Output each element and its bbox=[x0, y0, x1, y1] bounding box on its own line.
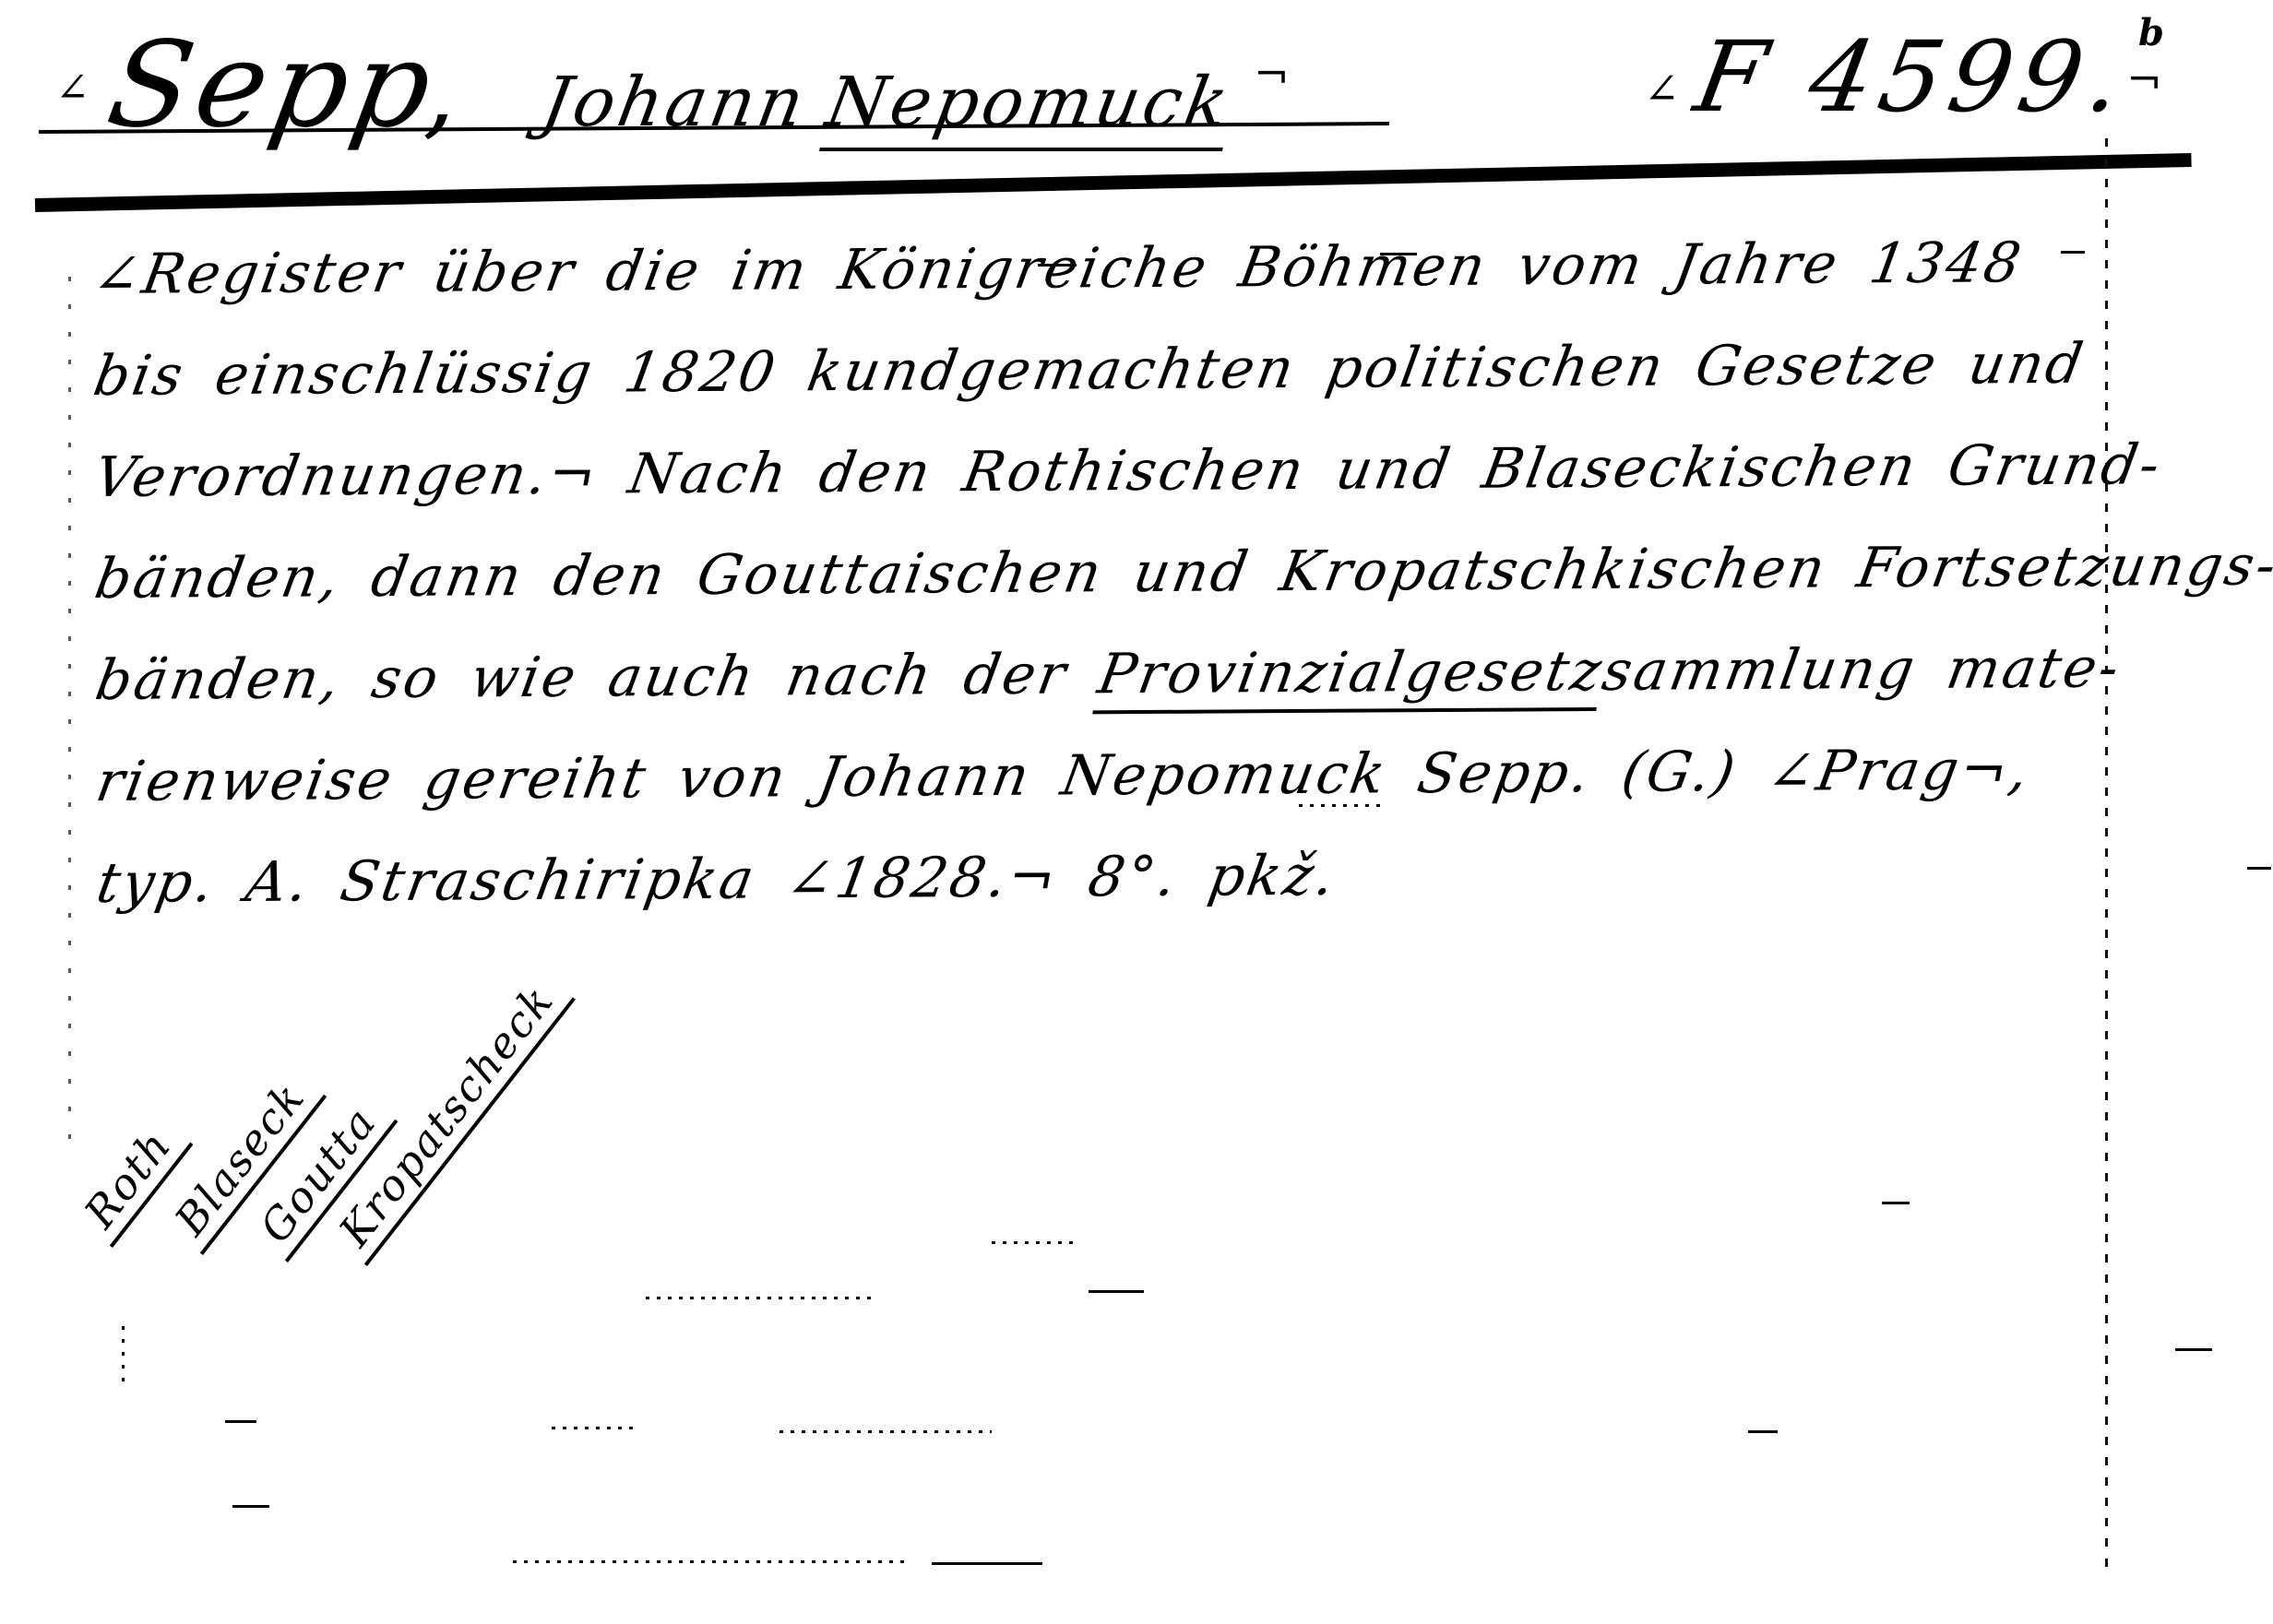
body-line: bis einschlüssig 1820 kundgemachten poli… bbox=[86, 313, 2093, 426]
body-line: bänden, so wie auch nach der Provinzialg… bbox=[88, 616, 2129, 730]
body-line: bänden, dann den Gouttaischen und Kropat… bbox=[88, 514, 2273, 629]
noise-speck bbox=[646, 1297, 876, 1299]
body-line: rienweise gereiht von Johann Nepomuck Se… bbox=[89, 718, 2039, 832]
author-given-name-underlined: Nepomuck bbox=[819, 63, 1238, 151]
noise-speck bbox=[1882, 1202, 1910, 1204]
body-line: ∠Register über die im Königreiche Böhmen… bbox=[86, 211, 2031, 325]
noise-speck bbox=[1748, 1430, 1778, 1433]
body-line: typ. A. Straschiripka ∠1828.¬ 8°. pkž. bbox=[89, 824, 1345, 933]
text-segment: Verordnungen.¬ Nach den Rothischen und B… bbox=[89, 433, 2167, 510]
noise-speck bbox=[225, 1420, 256, 1423]
text-segment: typ. A. Straschiripka ∠1828.¬ 8°. pkž. bbox=[92, 844, 1341, 916]
catalog-entry-text: ∠Register über die im Königreiche Böhmen… bbox=[85, 210, 2273, 933]
insertion-mark-lead: ∠ bbox=[55, 65, 89, 112]
noise-speck bbox=[992, 1241, 1075, 1244]
text-segment: sammlung mate- bbox=[1598, 635, 2126, 704]
insertion-mark-lead: ∠ bbox=[1644, 64, 1680, 113]
text-segment: rienweise gereiht von Johann Nepomuck Se… bbox=[91, 738, 2035, 814]
text-segment: bänden, so wie auch nach der bbox=[91, 642, 1105, 713]
noise-speck bbox=[2175, 1348, 2212, 1351]
text-segment: bänden, dann den Gouttaischen und Kropat… bbox=[90, 533, 2273, 611]
shelfmark: ∠ F 4599. ¬ bbox=[1644, 20, 2162, 134]
left-margin-dotted-line bbox=[68, 277, 71, 1153]
text-segment: bis einschlüssig 1820 kundgemachten poli… bbox=[89, 332, 2090, 409]
noise-speck bbox=[513, 1560, 910, 1563]
catalog-card: { "header": { "lead_mark": "∠", "surname… bbox=[0, 0, 2273, 1624]
noise-speck bbox=[552, 1427, 637, 1429]
header-author-entry: ∠ Sepp , Johann Nepomuck ¬ bbox=[55, 17, 1290, 154]
noise-speck bbox=[932, 1562, 1042, 1565]
insertion-mark-tail: ¬ bbox=[2126, 54, 2162, 104]
header-divider-rule bbox=[35, 153, 2192, 212]
author-surname: Sepp bbox=[99, 17, 447, 154]
noise-speck bbox=[1380, 253, 1417, 255]
noise-speck bbox=[1089, 1290, 1144, 1293]
text-segment: ∠Register über die im Königreiche Böhmen… bbox=[89, 231, 2028, 307]
noise-speck bbox=[232, 1505, 269, 1508]
noise-speck bbox=[1038, 264, 1077, 267]
body-line: Verordnungen.¬ Nach den Rothischen und B… bbox=[87, 413, 2171, 528]
noise-speck bbox=[1299, 804, 1384, 807]
corner-pen-mark: b bbox=[2138, 11, 2164, 54]
insertion-mark-tail: ¬ bbox=[1254, 49, 1290, 99]
shelfmark-number: F 4599. bbox=[1687, 20, 2137, 134]
underlined-text: Provinzialgesetz bbox=[1092, 639, 1609, 714]
noise-speck bbox=[779, 1430, 992, 1433]
noise-speck bbox=[2061, 251, 2085, 254]
noise-speck bbox=[2247, 867, 2271, 870]
noise-speck bbox=[122, 1326, 125, 1383]
